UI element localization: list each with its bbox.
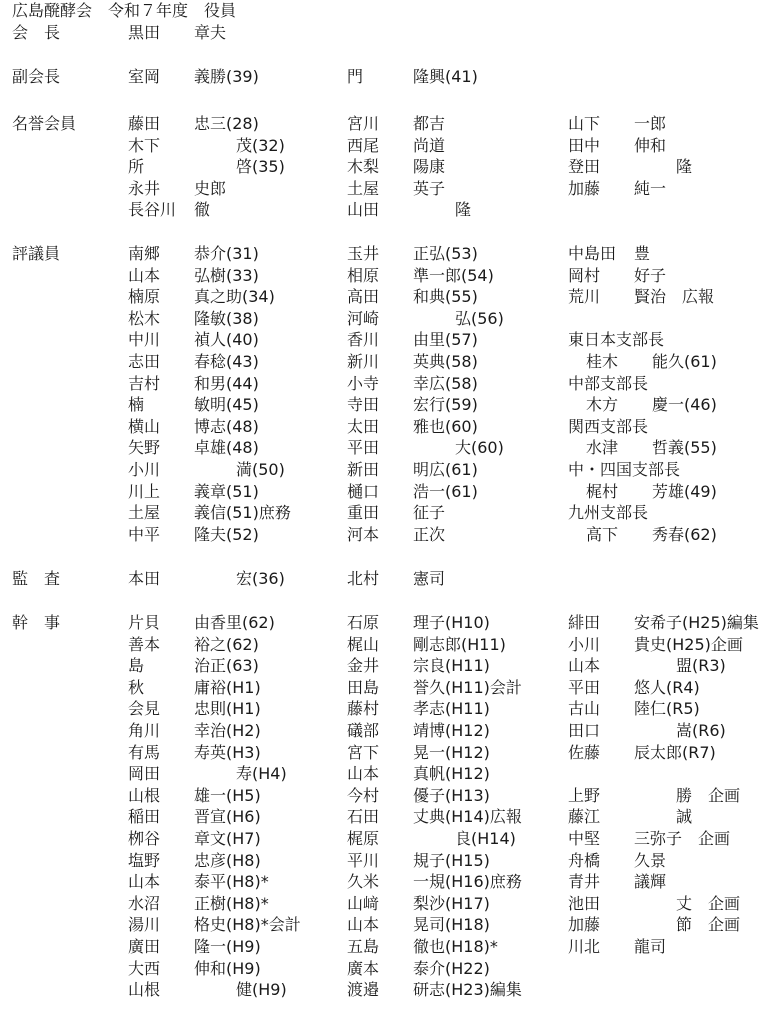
member-surname: 中平 — [128, 524, 194, 546]
branch-heading: 中部支部長 — [568, 373, 717, 395]
member-given-name: 久景 — [634, 850, 666, 872]
branch-heading: 関西支部長 — [568, 416, 717, 438]
member-given-name: 章夫 — [194, 22, 226, 44]
member-surname: 西尾 — [347, 135, 413, 157]
member-given-name: 忠則(H1) — [194, 698, 261, 720]
member-surname: 岡田 — [128, 763, 194, 785]
member-given-name: 義勝(39) — [194, 66, 259, 88]
member-surname: 稲田 — [128, 806, 194, 828]
member-entry: 長谷川徹 — [128, 199, 285, 221]
member-entry: 金井宗良(H11) — [347, 655, 522, 677]
member-surname: 栁谷 — [128, 828, 194, 850]
member-entry: 岡村好子 — [568, 265, 717, 287]
member-entry: 高下秀春(62) — [568, 524, 717, 546]
member-given-name: 忠三(28) — [194, 113, 259, 135]
member-surname: 黒田 — [128, 22, 194, 44]
member-given-name: 隆敏(38) — [194, 308, 259, 330]
member-surname: 横山 — [128, 416, 194, 438]
member-surname: 上野 — [568, 785, 634, 807]
member-entry: 木方慶一(46) — [568, 394, 717, 416]
member-entry: 島治正(63) — [128, 655, 301, 677]
member-entry: 水沼正樹(H8)* — [128, 893, 301, 915]
member-entry: 礒部靖博(H12) — [347, 720, 522, 742]
member-surname: 会見 — [128, 698, 194, 720]
member-surname: 佐藤 — [568, 742, 634, 764]
member-entry: 河崎弘(56) — [347, 308, 504, 330]
member-given-name: 伸和(H9) — [194, 958, 261, 980]
member-entry: 山﨑梨沙(H17) — [347, 893, 522, 915]
member-entry: 古山陸仁(R5) — [568, 698, 759, 720]
member-entry: 楠原真之助(34) — [128, 286, 291, 308]
meiyo-column-3: 山下一郎田中伸和登田隆加藤純一 — [568, 113, 692, 199]
member-surname: 小川 — [128, 459, 194, 481]
member-surname: 楠 — [128, 394, 194, 416]
section-label-giin: 評議員 — [12, 243, 60, 265]
member-given-name: 龍司 — [634, 936, 666, 958]
member-surname: 小川 — [568, 634, 634, 656]
member-entry: 黒田章夫 — [128, 22, 226, 44]
member-entry: 上野勝 企画 — [568, 785, 759, 807]
member-entry: 秋庸裕(H1) — [128, 677, 301, 699]
member-given-name: 丈典(H14)広報 — [413, 806, 522, 828]
member-entry: 荒川賢治 広報 — [568, 286, 717, 308]
member-surname: 平川 — [347, 850, 413, 872]
meiyo-column-1: 藤田忠三(28)木下茂(32)所啓(35)永井史郎長谷川徹 — [128, 113, 285, 221]
member-given-name: 由香里(62) — [194, 612, 275, 634]
meiyo-column-2: 宮川都吉西尾尚道木梨陽康土屋英子山田隆 — [347, 113, 471, 221]
member-given-name: 正弘(53) — [413, 243, 478, 265]
member-given-name: 純一 — [634, 178, 666, 200]
member-given-name: 雅也(60) — [413, 416, 478, 438]
member-surname: 室岡 — [128, 66, 194, 88]
member-surname: 吉村 — [128, 373, 194, 395]
member-entry: 有馬寿英(H3) — [128, 742, 301, 764]
member-given-name: 慶一(46) — [652, 394, 717, 416]
member-given-name: 規子(H15) — [413, 850, 490, 872]
member-surname: 舟橋 — [568, 850, 634, 872]
member-given-name: 由里(57) — [413, 329, 478, 351]
member-surname: 山本 — [128, 265, 194, 287]
member-entry: 桂木能久(61) — [568, 351, 717, 373]
member-given-name: 英子 — [413, 178, 445, 200]
member-entry: 石原理子(H10) — [347, 612, 522, 634]
giin-column-2: 玉井正弘(53)相原準一郎(54)高田和典(55)河崎弘(56)香川由里(57)… — [347, 243, 504, 545]
member-entry: 梶山剛志郎(H11) — [347, 634, 522, 656]
member-given-name: 芳雄(49) — [652, 481, 717, 503]
member-surname: 緋田 — [568, 612, 634, 634]
member-surname: 山本 — [347, 763, 413, 785]
member-entry: 藤村孝志(H11) — [347, 698, 522, 720]
member-surname: 五島 — [347, 936, 413, 958]
member-entry: 角川幸治(H2) — [128, 720, 301, 742]
member-entry: 川北龍司 — [568, 936, 759, 958]
member-surname: 大西 — [128, 958, 194, 980]
member-given-name: 晋宣(H6) — [194, 806, 261, 828]
member-given-name: 隆 — [634, 156, 692, 178]
member-entry: 中平隆夫(52) — [128, 524, 291, 546]
member-given-name: 大(60) — [413, 437, 504, 459]
member-surname: 今村 — [347, 785, 413, 807]
member-surname: 相原 — [347, 265, 413, 287]
member-surname: 河本 — [347, 524, 413, 546]
section-label-kansa: 監 査 — [12, 568, 60, 590]
member-entry: 室岡義勝(39) — [128, 66, 259, 88]
kaicho-column-1: 黒田章夫 — [128, 22, 226, 44]
member-given-name: 敏明(45) — [194, 394, 259, 416]
member-entry: 北村憲司 — [347, 568, 445, 590]
member-surname: 山本 — [347, 914, 413, 936]
member-entry: 山本泰平(H8)* — [128, 871, 301, 893]
member-entry: 青井議輝 — [568, 871, 759, 893]
member-given-name: 正次 — [413, 524, 445, 546]
member-surname: 山根 — [128, 785, 194, 807]
member-surname: 金井 — [347, 655, 413, 677]
blank-row — [568, 308, 717, 330]
member-given-name: 晃一(H12) — [413, 742, 490, 764]
member-given-name: 格史(H8)*会計 — [194, 914, 301, 936]
member-given-name: 隆夫(52) — [194, 524, 259, 546]
member-entry: 廣田隆一(H9) — [128, 936, 301, 958]
member-given-name: 一郎 — [634, 113, 666, 135]
member-given-name: 理子(H10) — [413, 612, 490, 634]
member-entry: 中島田豊 — [568, 243, 717, 265]
member-surname: 渡邉 — [347, 979, 413, 1001]
member-surname: 礒部 — [347, 720, 413, 742]
member-entry: 吉村和男(44) — [128, 373, 291, 395]
member-given-name: 勝 企画 — [634, 785, 740, 807]
member-given-name: 泰平(H8)* — [194, 871, 269, 893]
member-given-name: 弘樹(33) — [194, 265, 259, 287]
member-given-name: 寿英(H3) — [194, 742, 261, 764]
member-surname: 寺田 — [347, 394, 413, 416]
member-entry: 小寺幸広(58) — [347, 373, 504, 395]
member-given-name: 哲義(55) — [652, 437, 717, 459]
member-entry: 西尾尚道 — [347, 135, 471, 157]
member-surname: 矢野 — [128, 437, 194, 459]
member-given-name: 隆 — [413, 199, 471, 221]
member-surname: 梶原 — [347, 828, 413, 850]
member-surname: 山田 — [347, 199, 413, 221]
member-given-name: 明広(61) — [413, 459, 478, 481]
member-given-name: 浩一(61) — [413, 481, 478, 503]
member-given-name: 征子 — [413, 502, 445, 524]
member-given-name: 一規(H16)庶務 — [413, 871, 522, 893]
member-given-name: 節 企画 — [634, 914, 740, 936]
member-surname: 湯川 — [128, 914, 194, 936]
member-given-name: 忠彦(H8) — [194, 850, 261, 872]
member-entry: 山本真帆(H12) — [347, 763, 522, 785]
member-surname: 藤村 — [347, 698, 413, 720]
member-entry: 加藤純一 — [568, 178, 692, 200]
member-given-name: 貴史(H25)企画 — [634, 634, 743, 656]
member-entry: 山本晃司(H18) — [347, 914, 522, 936]
member-entry: 田島誉久(H11)会計 — [347, 677, 522, 699]
member-given-name: 梨沙(H17) — [413, 893, 490, 915]
member-given-name: 宏行(59) — [413, 394, 478, 416]
member-given-name: 弘(56) — [413, 308, 504, 330]
document-title: 広島醗酵会 令和７年度 役員 — [12, 0, 236, 22]
member-given-name: 陽康 — [413, 156, 445, 178]
member-surname: 角川 — [128, 720, 194, 742]
member-given-name: 真帆(H12) — [413, 763, 490, 785]
member-entry: 石田丈典(H14)広報 — [347, 806, 522, 828]
member-given-name: 能久(61) — [652, 351, 717, 373]
member-entry: 登田隆 — [568, 156, 692, 178]
member-given-name: 悠人(R4) — [634, 677, 700, 699]
branch-heading: 中・四国支部長 — [568, 459, 717, 481]
member-entry: 相原準一郎(54) — [347, 265, 504, 287]
member-given-name: 靖博(H12) — [413, 720, 490, 742]
member-surname: 秋 — [128, 677, 194, 699]
member-entry: 川上義章(51) — [128, 481, 291, 503]
member-surname: 新田 — [347, 459, 413, 481]
member-given-name: 幸広(58) — [413, 373, 478, 395]
member-given-name: 茂(32) — [194, 135, 285, 157]
member-given-name: 隆興(41) — [413, 66, 478, 88]
member-surname: 荒川 — [568, 286, 634, 308]
fukukaicho-column-2: 門隆興(41) — [347, 66, 478, 88]
member-given-name: 泰介(H22) — [413, 958, 490, 980]
member-entry: 梶村芳雄(49) — [568, 481, 717, 503]
member-given-name: 英典(58) — [413, 351, 478, 373]
member-surname: 平田 — [347, 437, 413, 459]
member-given-name: 春稔(43) — [194, 351, 259, 373]
member-given-name: 満(50) — [194, 459, 285, 481]
member-surname: 香川 — [347, 329, 413, 351]
kansa-column-2: 北村憲司 — [347, 568, 445, 590]
member-entry: 舟橋久景 — [568, 850, 759, 872]
section-label-fukukaicho: 副会長 — [12, 66, 60, 88]
member-entry: 宮下晃一(H12) — [347, 742, 522, 764]
member-entry: 山本盟(R3) — [568, 655, 759, 677]
member-entry: 藤江誠 — [568, 806, 759, 828]
member-entry: 今村優子(H13) — [347, 785, 522, 807]
member-entry: 松木隆敏(38) — [128, 308, 291, 330]
member-entry: 山本弘樹(33) — [128, 265, 291, 287]
member-given-name: 恭介(31) — [194, 243, 259, 265]
member-entry: 片貝由香里(62) — [128, 612, 301, 634]
member-surname: 樋口 — [347, 481, 413, 503]
member-given-name: 和典(55) — [413, 286, 478, 308]
member-given-name: 秀春(62) — [652, 524, 717, 546]
member-surname: 高下 — [586, 524, 652, 546]
member-given-name: 都吉 — [413, 113, 445, 135]
member-surname: 玉井 — [347, 243, 413, 265]
member-surname: 塩野 — [128, 850, 194, 872]
member-entry: 新田明広(61) — [347, 459, 504, 481]
member-entry: 土屋英子 — [347, 178, 471, 200]
member-surname: 藤田 — [128, 113, 194, 135]
member-surname: 土屋 — [128, 502, 194, 524]
member-given-name: 卓雄(48) — [194, 437, 259, 459]
member-given-name: 雄一(H5) — [194, 785, 261, 807]
member-surname: 木梨 — [347, 156, 413, 178]
member-entry: 田口嵩(R6) — [568, 720, 759, 742]
member-entry: 大西伸和(H9) — [128, 958, 301, 980]
member-entry: 岡田寿(H4) — [128, 763, 301, 785]
member-surname: 門 — [347, 66, 413, 88]
member-surname: 小寺 — [347, 373, 413, 395]
member-surname: 本田 — [128, 568, 194, 590]
member-surname: 古山 — [568, 698, 634, 720]
member-given-name: 史郎 — [194, 178, 226, 200]
member-surname: 池田 — [568, 893, 634, 915]
member-entry: 所啓(35) — [128, 156, 285, 178]
member-surname: 青井 — [568, 871, 634, 893]
section-label-meiyo: 名誉会員 — [12, 113, 76, 135]
branch-heading: 九州支部長 — [568, 502, 717, 524]
member-entry: 重田征子 — [347, 502, 504, 524]
member-entry: 土屋義信(51)庶務 — [128, 502, 291, 524]
member-given-name: 誠 — [634, 806, 692, 828]
member-entry: 志田春稔(43) — [128, 351, 291, 373]
member-surname: 廣田 — [128, 936, 194, 958]
member-surname: 山下 — [568, 113, 634, 135]
member-given-name: 正樹(H8)* — [194, 893, 269, 915]
member-given-name: 裕之(62) — [194, 634, 259, 656]
member-surname: 南郷 — [128, 243, 194, 265]
giin-column-1: 南郷恭介(31)山本弘樹(33)楠原真之助(34)松木隆敏(38)中川禎人(40… — [128, 243, 291, 545]
member-surname: 宮下 — [347, 742, 413, 764]
member-entry: 山下一郎 — [568, 113, 692, 135]
member-given-name: 剛志郎(H11) — [413, 634, 506, 656]
member-entry: 五島徹也(H18)* — [347, 936, 522, 958]
member-surname: 桂木 — [586, 351, 652, 373]
member-entry: 緋田安希子(H25)編集 — [568, 612, 759, 634]
member-given-name: 禎人(40) — [194, 329, 259, 351]
member-given-name: 丈 企画 — [634, 893, 740, 915]
member-surname: 廣本 — [347, 958, 413, 980]
member-given-name: 尚道 — [413, 135, 445, 157]
member-surname: 片貝 — [128, 612, 194, 634]
member-entry: 矢野卓雄(48) — [128, 437, 291, 459]
member-given-name: 研志(H23)編集 — [413, 979, 522, 1001]
member-given-name: 幸治(H2) — [194, 720, 261, 742]
member-surname: 宮川 — [347, 113, 413, 135]
member-entry: 山田隆 — [347, 199, 471, 221]
member-entry: 山根雄一(H5) — [128, 785, 301, 807]
member-surname: 梶村 — [586, 481, 652, 503]
member-entry: 新川英典(58) — [347, 351, 504, 373]
member-surname: 中堅 — [568, 828, 634, 850]
member-entry: 横山博志(48) — [128, 416, 291, 438]
member-given-name: 隆一(H9) — [194, 936, 261, 958]
member-surname: 永井 — [128, 178, 194, 200]
member-surname: 登田 — [568, 156, 634, 178]
fukukaicho-column-1: 室岡義勝(39) — [128, 66, 259, 88]
member-entry: 香川由里(57) — [347, 329, 504, 351]
kanji-column-1: 片貝由香里(62)善本裕之(62)島治正(63)秋庸裕(H1)会見忠則(H1)角… — [128, 612, 301, 1001]
member-entry: 平田大(60) — [347, 437, 504, 459]
member-entry: 河本正次 — [347, 524, 504, 546]
member-surname: 土屋 — [347, 178, 413, 200]
member-surname: 水津 — [586, 437, 652, 459]
member-surname: 重田 — [347, 502, 413, 524]
member-given-name: 優子(H13) — [413, 785, 490, 807]
member-entry: 水津哲義(55) — [568, 437, 717, 459]
member-given-name: 安希子(H25)編集 — [634, 612, 759, 634]
member-surname: 田口 — [568, 720, 634, 742]
member-entry: 善本裕之(62) — [128, 634, 301, 656]
member-surname: 志田 — [128, 351, 194, 373]
member-given-name: 庸裕(H1) — [194, 677, 261, 699]
member-given-name: 博志(48) — [194, 416, 259, 438]
member-given-name: 啓(35) — [194, 156, 285, 178]
member-entry: 中川禎人(40) — [128, 329, 291, 351]
member-entry: 本田宏(36) — [128, 568, 285, 590]
member-entry: 藤田忠三(28) — [128, 113, 285, 135]
member-given-name: 宗良(H11) — [413, 655, 490, 677]
member-surname: 太田 — [347, 416, 413, 438]
member-surname: 有馬 — [128, 742, 194, 764]
member-surname: 久米 — [347, 871, 413, 893]
member-entry: 小川満(50) — [128, 459, 291, 481]
member-surname: 石原 — [347, 612, 413, 634]
member-entry: 木下茂(32) — [128, 135, 285, 157]
member-entry: 廣本泰介(H22) — [347, 958, 522, 980]
member-given-name: 治正(63) — [194, 655, 259, 677]
member-given-name: 晃司(H18) — [413, 914, 490, 936]
member-given-name: 誉久(H11)会計 — [413, 677, 522, 699]
member-surname: 梶山 — [347, 634, 413, 656]
member-entry: 稲田晋宣(H6) — [128, 806, 301, 828]
member-given-name: 義章(51) — [194, 481, 259, 503]
member-entry: 太田雅也(60) — [347, 416, 504, 438]
member-given-name: 真之助(34) — [194, 286, 275, 308]
member-entry: 木梨陽康 — [347, 156, 471, 178]
member-given-name: 孝志(H11) — [413, 698, 490, 720]
member-entry: 渡邉研志(H23)編集 — [347, 979, 522, 1001]
member-surname: 山﨑 — [347, 893, 413, 915]
member-entry: 佐藤辰太郎(R7) — [568, 742, 759, 764]
member-entry: 寺田宏行(59) — [347, 394, 504, 416]
member-given-name: 豊 — [634, 243, 650, 265]
member-surname: 河崎 — [347, 308, 413, 330]
member-entry: 池田丈 企画 — [568, 893, 759, 915]
member-entry: 中堅三弥子 企画 — [568, 828, 759, 850]
member-surname: 藤江 — [568, 806, 634, 828]
member-entry: 高田和典(55) — [347, 286, 504, 308]
section-label-kanji: 幹 事 — [12, 612, 60, 634]
member-surname: 中島田 — [568, 243, 634, 265]
member-given-name: 徹也(H18)* — [413, 936, 498, 958]
member-given-name: 憲司 — [413, 568, 445, 590]
member-entry: 田中伸和 — [568, 135, 692, 157]
member-entry: 宮川都吉 — [347, 113, 471, 135]
member-surname: 中川 — [128, 329, 194, 351]
member-entry: 山根健(H9) — [128, 979, 301, 1001]
member-surname: 木方 — [586, 394, 652, 416]
member-given-name: 良(H14) — [413, 828, 516, 850]
member-given-name: 健(H9) — [194, 979, 287, 1001]
member-entry: 加藤節 企画 — [568, 914, 759, 936]
member-surname: 田中 — [568, 135, 634, 157]
member-entry: 永井史郎 — [128, 178, 285, 200]
member-surname: 新川 — [347, 351, 413, 373]
member-surname: 山本 — [568, 655, 634, 677]
member-entry: 楠敏明(45) — [128, 394, 291, 416]
member-entry: 南郷恭介(31) — [128, 243, 291, 265]
member-entry: 久米一規(H16)庶務 — [347, 871, 522, 893]
member-entry: 平田悠人(R4) — [568, 677, 759, 699]
member-surname: 田島 — [347, 677, 413, 699]
member-given-name: 辰太郎(R7) — [634, 742, 716, 764]
member-entry: 平川規子(H15) — [347, 850, 522, 872]
member-given-name: 三弥子 企画 — [634, 828, 730, 850]
member-surname: 所 — [128, 156, 194, 178]
member-given-name: 議輝 — [634, 871, 666, 893]
member-surname: 善本 — [128, 634, 194, 656]
